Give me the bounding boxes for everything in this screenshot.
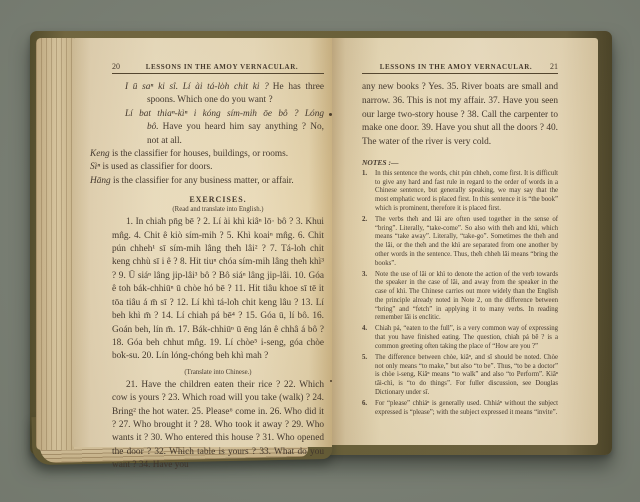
- note-text: Note the use of lâi or khì to denote the…: [375, 271, 558, 323]
- note-number: 5.: [362, 354, 375, 398]
- ink-speck: [330, 380, 332, 382]
- exercises-english-paragraph: 21. Have the children eaten their rice ?…: [112, 379, 324, 473]
- note-item: 2. The verbs the̍h and lâi are often use…: [362, 216, 558, 268]
- left-page: 20 LESSONS IN THE AMOY VERNACULAR. I ū s…: [72, 38, 332, 447]
- note-item: 1. In this sentence the words, chit pún …: [362, 170, 558, 214]
- classifier-term: Sìⁿ: [90, 162, 100, 172]
- note-item: 3. Note the use of lâi or khì to denote …: [362, 271, 558, 323]
- classifier-term: Keng: [90, 149, 110, 159]
- note-item: 6. For “please” chhiáⁿ is generally used…: [362, 400, 558, 417]
- exercises-subheading-chinese: (Translate into Chinese.): [112, 369, 324, 376]
- note-number: 4.: [362, 325, 375, 351]
- classifier-line: Sìⁿ is used as classifier for doors.: [90, 161, 324, 174]
- note-text: In this sentence the words, chit pún chh…: [375, 170, 558, 214]
- left-page-number: 20: [112, 62, 120, 71]
- note-number: 6.: [362, 400, 375, 417]
- exercises-amoy-paragraph: 1. In chia̍h pn̄g bē ? 2. Lí ài khì kiâⁿ…: [112, 216, 324, 363]
- classifier-line: Keng is the classifier for houses, build…: [90, 148, 324, 161]
- note-text: For “please” chhiáⁿ is generally used. C…: [375, 400, 558, 417]
- exercises-subheading-english: (Read and translate into English.): [112, 206, 324, 213]
- classifier-line: Hāng is the classifier for any business …: [90, 175, 324, 188]
- classifier-term: Hāng: [90, 176, 111, 186]
- exercises-heading: EXERCISES.: [112, 195, 324, 204]
- ink-speck: [329, 113, 332, 116]
- note-text: The difference between chòe, kiâⁿ, and s…: [375, 354, 558, 398]
- note-text: Chia̍h pá, “eaten to the full”, is a ver…: [375, 325, 558, 351]
- page-edge-stack-left: [36, 38, 74, 450]
- classifier-definition: is used as classifier for doors.: [100, 162, 212, 172]
- note-number: 3.: [362, 271, 375, 323]
- right-page-number: 21: [550, 62, 558, 71]
- left-header-rule: [112, 73, 324, 74]
- example-english: Have you heard him say anything ? No, no…: [147, 122, 324, 145]
- left-page-header: 20 LESSONS IN THE AMOY VERNACULAR.: [112, 62, 324, 71]
- example-sentence: I ū saⁿ ki sî. Lí ài tá-lo̍h chit ki ?He…: [112, 81, 324, 108]
- exercises-continuation-paragraph: any new books ? Yes. 35. River boats are…: [362, 81, 558, 150]
- note-item: 4. Chia̍h pá, “eaten to the full”, is a …: [362, 325, 558, 351]
- example-sentence: Lí bat thiaⁿ-kìⁿ i kóng sím-mih ōe bô ? …: [112, 108, 324, 148]
- note-item: 5. The difference between chòe, kiâⁿ, an…: [362, 354, 558, 398]
- right-page: LESSONS IN THE AMOY VERNACULAR. 21 any n…: [332, 38, 598, 445]
- right-running-title: LESSONS IN THE AMOY VERNACULAR.: [362, 63, 550, 71]
- classifier-definition: is the classifier for any business matte…: [111, 176, 294, 186]
- left-running-title: LESSONS IN THE AMOY VERNACULAR.: [120, 63, 324, 71]
- note-number: 2.: [362, 216, 375, 268]
- book-photo: 20 LESSONS IN THE AMOY VERNACULAR. I ū s…: [0, 0, 640, 502]
- example-amoy: I ū saⁿ ki sî. Lí ài tá-lo̍h chit ki ?: [125, 82, 269, 92]
- right-page-header: LESSONS IN THE AMOY VERNACULAR. 21: [362, 62, 558, 71]
- classifier-definition: is the classifier for houses, buildings,…: [110, 149, 288, 159]
- right-header-rule: [362, 73, 558, 74]
- note-number: 1.: [362, 170, 375, 214]
- note-text: The verbs the̍h and lâi are often used t…: [375, 216, 558, 268]
- notes-heading: NOTES :—: [362, 158, 558, 167]
